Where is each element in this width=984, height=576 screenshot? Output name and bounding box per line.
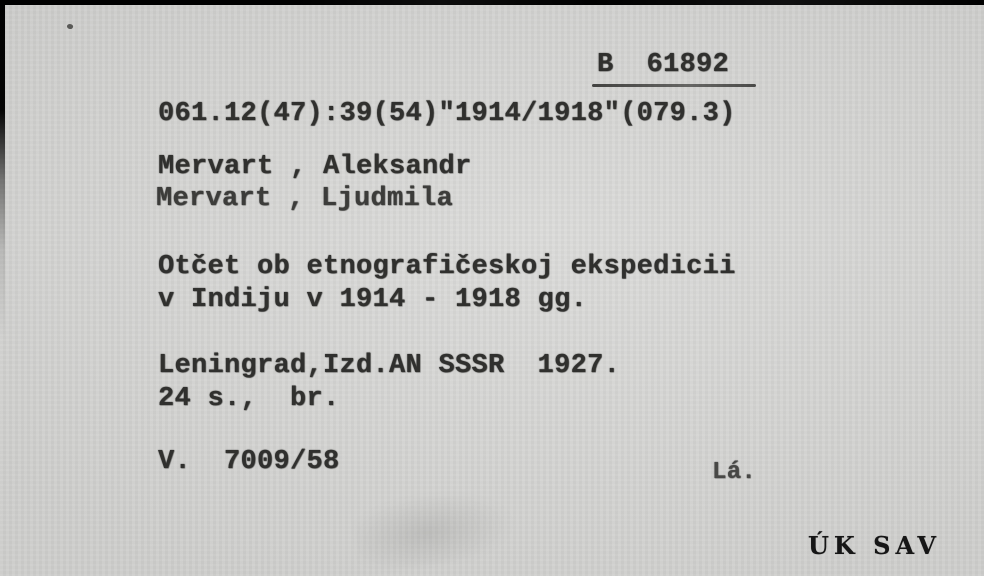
scan-edge-left — [0, 0, 5, 340]
title-line-2: v Indiju v 1914 - 1918 gg. — [158, 285, 587, 316]
call-number-underline — [592, 84, 756, 87]
call-number: B 61892 — [597, 50, 729, 81]
accession-number: V. 7009/58 — [158, 447, 340, 478]
author-line-2: Mervart , Ljudmila — [156, 184, 453, 215]
catalog-card-scan: B 61892 061.12(47):39(54)"1914/1918"(079… — [0, 0, 984, 576]
udc-classification: 061.12(47):39(54)"1914/1918"(079.3) — [158, 99, 736, 130]
scan-edge-top — [0, 0, 984, 5]
title-line-1: Otčet ob etnografičeskoj ekspedicii — [158, 252, 736, 283]
collation-line: 24 s., br. — [158, 384, 340, 415]
author-line-1: Mervart , Aleksandr — [158, 152, 472, 183]
cataloguer-mark: Lá. — [712, 459, 756, 487]
imprint-line: Leningrad,Izd.AN SSSR 1927. — [158, 351, 620, 382]
ink-speck — [66, 23, 74, 30]
paper-smudge — [351, 481, 519, 575]
library-stamp: ÚK SAV — [808, 531, 941, 560]
